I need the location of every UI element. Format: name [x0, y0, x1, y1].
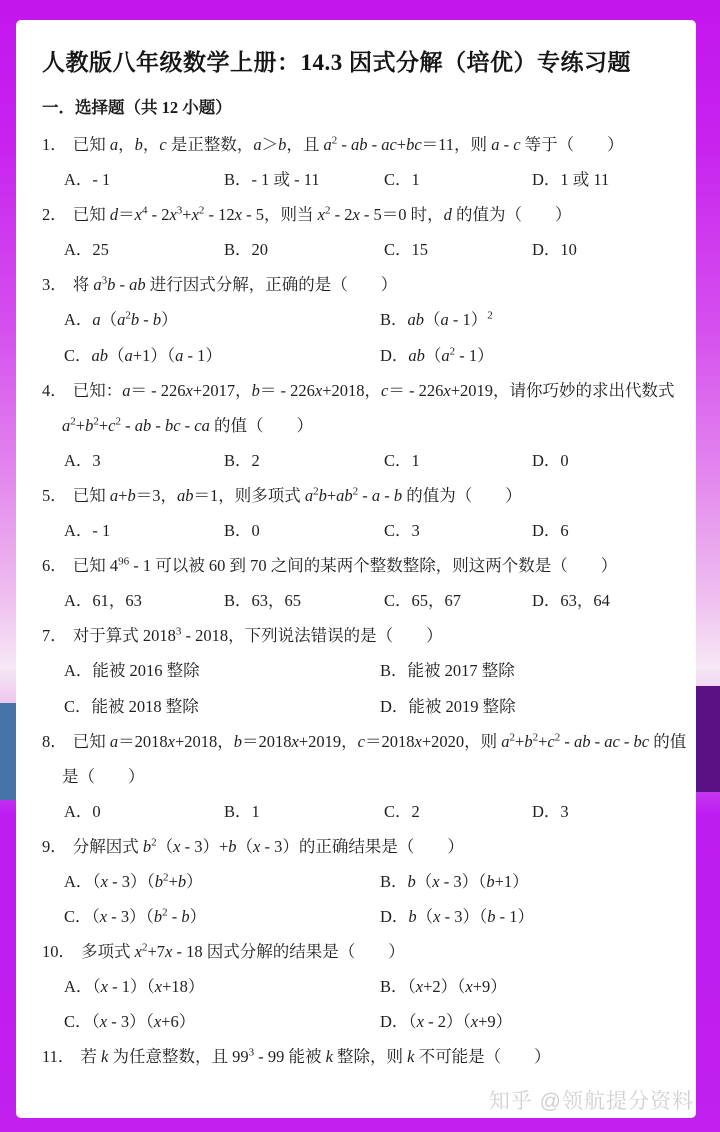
question-6-option-D: D．63，64 — [532, 583, 610, 618]
question-1-option-B: B．- 1 或 - 11 — [224, 162, 320, 197]
question-8-options: A．0B．1C．2D．3 — [42, 794, 662, 829]
question-list: 1．已知 a，b，c 是正整数，a＞b，且 a2 - ab - ac+bc＝11… — [42, 127, 662, 1075]
page-title: 人教版八年级数学上册：14.3 因式分解（培优）专练习题 — [42, 46, 662, 80]
question-9-text: 9．分解因式 b2（x - 3）+b（x - 3）的正确结果是（ ） — [42, 829, 662, 864]
section-heading: 一．选择题（共 12 小题） — [42, 95, 662, 121]
question-1-options: A．- 1B．- 1 或 - 11C．1D．1 或 11 — [42, 162, 662, 197]
question-9-option-D: D．b（x - 3）（b - 1） — [380, 899, 534, 934]
question-6-option-B: B．63，65 — [224, 583, 301, 618]
question-5-options: A．- 1B．0C．3D．6 — [42, 513, 662, 548]
question-8-option-D: D．3 — [532, 794, 569, 829]
question-6-option-C: C．65，67 — [384, 583, 461, 618]
question-1-option-A: A．- 1 — [64, 162, 110, 197]
question-3-text: 3．将 a3b - ab 进行因式分解，正确的是（ ） — [42, 267, 662, 302]
question-number: 8． — [42, 732, 67, 751]
screenshot-frame: 人教版八年级数学上册：14.3 因式分解（培优）专练习题 一．选择题（共 12 … — [0, 0, 720, 1132]
question-3-options-row: C．ab（a+1）（a - 1）D．ab（a2 - 1） — [42, 338, 662, 373]
question-11-text: 11．若 k 为任意整数，且 993 - 99 能被 k 整除，则 k 不可能是… — [42, 1039, 662, 1074]
question-4-options: A．3B．2C．1D．0 — [42, 443, 662, 478]
question-2-option-C: C．15 — [384, 232, 428, 267]
question-5-option-A: A．- 1 — [64, 513, 110, 548]
question-3-option-D: D．ab（a2 - 1） — [380, 338, 494, 373]
question-number: 9． — [42, 837, 67, 856]
question-10-text: 10．多项式 x2+7x - 18 因式分解的结果是（ ） — [42, 934, 662, 969]
question-1-option-C: C．1 — [384, 162, 420, 197]
question-4-text: 4．已知：a＝ - 226x+2017，b＝ - 226x+2018，c＝ - … — [42, 373, 662, 408]
question-7-text: 7．对于算式 20183 - 2018，下列说法错误的是（ ） — [42, 618, 662, 653]
left-blue-bar — [0, 703, 16, 800]
question-9-option-B: B．b（x - 3）（b+1） — [380, 864, 529, 899]
question-6-option-A: A．61，63 — [64, 583, 142, 618]
question-4-option-B: B．2 — [224, 443, 260, 478]
question-7-option-A: A．能被 2016 整除 — [64, 653, 200, 688]
question-2-option-D: D．10 — [532, 232, 577, 267]
question-1-text: 1．已知 a，b，c 是正整数，a＞b，且 a2 - ab - ac+bc＝11… — [42, 127, 662, 162]
question-number: 7． — [42, 626, 67, 645]
question-7-option-B: B．能被 2017 整除 — [380, 653, 515, 688]
question-9-option-C: C．（x - 3）（b2 - b） — [64, 899, 206, 934]
question-10-option-D: D．（x - 2）（x+9） — [380, 1004, 512, 1039]
question-7-options-row: C．能被 2018 整除D．能被 2019 整除 — [42, 689, 662, 724]
question-number: 4． — [42, 381, 67, 400]
question-10-options-row: C．（x - 3）（x+6）D．（x - 2）（x+9） — [42, 1004, 662, 1039]
question-10-option-C: C．（x - 3）（x+6） — [64, 1004, 195, 1039]
question-10-option-A: A．（x - 1）（x+18） — [64, 969, 204, 1004]
question-7-options-row: A．能被 2016 整除B．能被 2017 整除 — [42, 653, 662, 688]
question-4-text-cont: a2+b2+c2 - ab - bc - ca 的值（ ） — [42, 408, 662, 443]
question-8-text: 8．已知 a＝2018x+2018，b＝2018x+2019，c＝2018x+2… — [42, 724, 662, 759]
question-number: 10． — [42, 942, 75, 961]
question-7-option-D: D．能被 2019 整除 — [380, 689, 516, 724]
question-3-option-B: B．ab（a - 1）2 — [380, 302, 493, 337]
question-6-options: A．61，63B．63，65C．65，67D．63，64 — [42, 583, 662, 618]
question-2-options: A．25B．20C．15D．10 — [42, 232, 662, 267]
right-purple-bar — [696, 686, 720, 792]
worksheet-content: 人教版八年级数学上册：14.3 因式分解（培优）专练习题 一．选择题（共 12 … — [16, 20, 696, 1075]
question-5-option-D: D．6 — [532, 513, 569, 548]
question-number: 2． — [42, 205, 67, 224]
question-number: 11． — [42, 1047, 74, 1066]
question-7-option-C: C．能被 2018 整除 — [64, 689, 199, 724]
question-10-options-row: A．（x - 1）（x+18）B．（x+2）（x+9） — [42, 969, 662, 1004]
question-4-option-D: D．0 — [532, 443, 569, 478]
question-5-option-C: C．3 — [384, 513, 420, 548]
question-2-text: 2．已知 d＝x4 - 2x3+x2 - 12x - 5，则当 x2 - 2x … — [42, 197, 662, 232]
question-9-options-row: A．（x - 3）（b2+b）B．b（x - 3）（b+1） — [42, 864, 662, 899]
watermark: 知乎 @领航提分资料 — [489, 1085, 694, 1115]
question-number: 5． — [42, 486, 67, 505]
question-3-options-row: A．a（a2b - b）B．ab（a - 1）2 — [42, 302, 662, 337]
question-8-option-C: C．2 — [384, 794, 420, 829]
question-1-option-D: D．1 或 11 — [532, 162, 609, 197]
question-4-option-A: A．3 — [64, 443, 101, 478]
question-3-option-C: C．ab（a+1）（a - 1） — [64, 338, 222, 373]
question-number: 1． — [42, 135, 67, 154]
question-4-option-C: C．1 — [384, 443, 420, 478]
question-2-option-A: A．25 — [64, 232, 109, 267]
question-6-text: 6．已知 496 - 1 可以被 60 到 70 之间的某两个整数整除，则这两个… — [42, 548, 662, 583]
question-3-option-A: A．a（a2b - b） — [64, 302, 178, 337]
question-number: 3． — [42, 275, 67, 294]
worksheet-page: 人教版八年级数学上册：14.3 因式分解（培优）专练习题 一．选择题（共 12 … — [16, 20, 696, 1118]
question-5-option-B: B．0 — [224, 513, 260, 548]
question-8-text-cont: 是（ ） — [42, 759, 662, 794]
question-8-option-A: A．0 — [64, 794, 101, 829]
question-5-text: 5．已知 a+b＝3，ab＝1，则多项式 a2b+ab2 - a - b 的值为… — [42, 478, 662, 513]
question-8-option-B: B．1 — [224, 794, 260, 829]
question-2-option-B: B．20 — [224, 232, 268, 267]
question-9-options-row: C．（x - 3）（b2 - b）D．b（x - 3）（b - 1） — [42, 899, 662, 934]
question-10-option-B: B．（x+2）（x+9） — [380, 969, 507, 1004]
question-number: 6． — [42, 556, 67, 575]
question-9-option-A: A．（x - 3）（b2+b） — [64, 864, 203, 899]
